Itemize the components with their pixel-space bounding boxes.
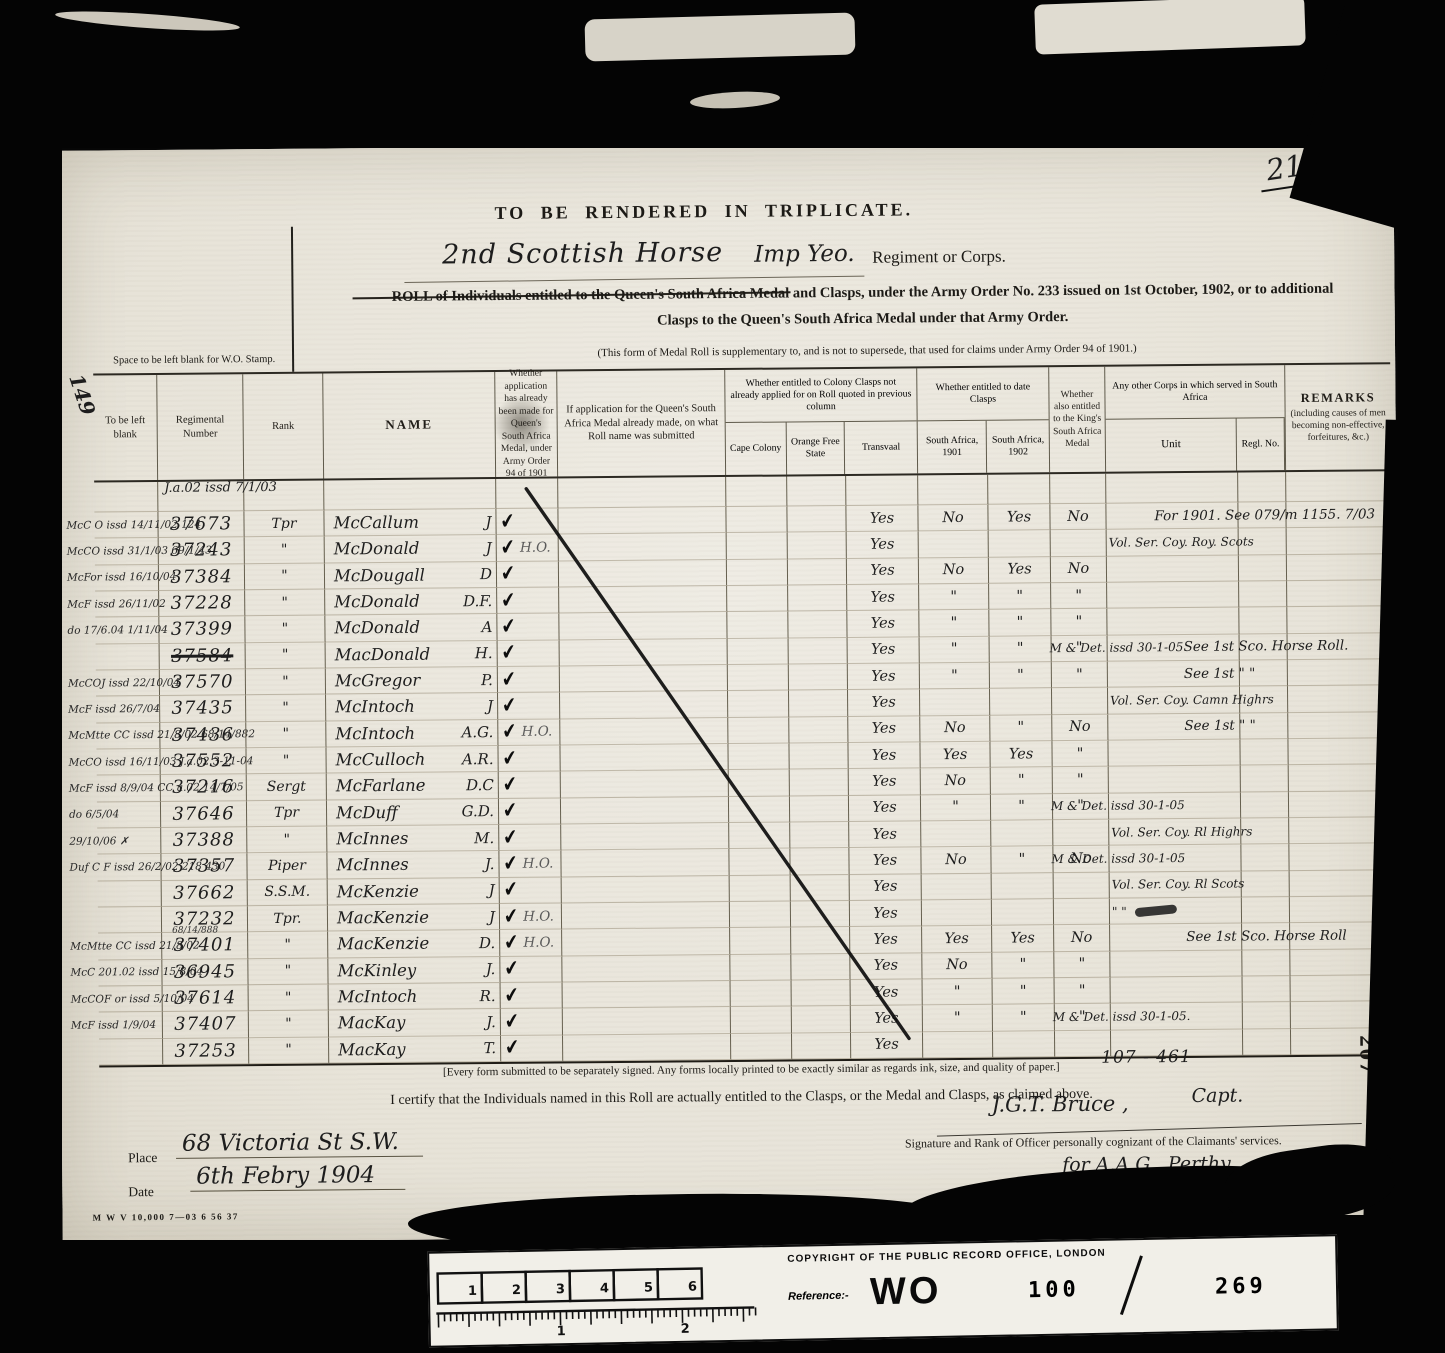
transvaal: Yes	[849, 848, 921, 875]
transvaal: Yes	[846, 505, 918, 532]
unit	[1107, 608, 1239, 635]
ksa-medal: "	[1052, 662, 1108, 689]
regimental-number: 37388	[161, 827, 247, 854]
regimental-number: 37435	[160, 696, 246, 723]
cape-colony	[728, 664, 789, 691]
certification-statement: I certify that the Individuals named in …	[122, 1084, 1362, 1111]
rank: "	[246, 747, 326, 774]
date-label: Date	[128, 1184, 154, 1200]
name: McFarlaneD.C	[327, 772, 499, 800]
header-date-clasps-group: Whether entitled to date Clasps South Af…	[917, 367, 1050, 473]
margin-note	[94, 482, 158, 513]
orange-free-state	[792, 1006, 851, 1033]
rank: Tpr	[247, 800, 327, 827]
roll-submitted	[559, 612, 727, 640]
transvaal: Yes	[847, 532, 919, 559]
application-tick: ✔H.O.	[497, 535, 559, 562]
south-africa-1901: "	[921, 794, 991, 821]
regimental-number: 37584	[160, 643, 246, 670]
south-africa-1901: "	[920, 663, 990, 690]
south-africa-1901	[921, 821, 991, 848]
ruler-graphic: 12 34 56 12	[429, 1251, 761, 1341]
name: McDuffG.D.	[327, 799, 499, 827]
orange-free-state	[791, 901, 850, 928]
cape-colony	[730, 901, 791, 928]
south-africa-1901: "	[920, 636, 990, 663]
header-regimental-number: Regimental Number	[157, 374, 244, 480]
copyright-line: COPYRIGHT OF THE PUBLIC RECORD OFFICE, L…	[787, 1248, 1105, 1265]
ksa-medal: "	[1051, 583, 1107, 610]
reference-slash	[1120, 1255, 1143, 1315]
cape-colony	[730, 928, 791, 955]
application-tick: ✔	[498, 666, 560, 693]
transvaal: Yes	[851, 1032, 923, 1059]
ksa-medal	[1054, 872, 1110, 899]
regl-no	[1239, 555, 1287, 582]
margin-note: McCO issd 16/11/03 J.a.02 3-11-04	[96, 749, 160, 776]
south-africa-1901: No	[921, 768, 991, 795]
transvaal: Yes	[848, 637, 920, 664]
cape-colony	[729, 796, 790, 823]
margin-note: do 6/5/04	[97, 802, 161, 829]
regimental-number: 37357	[161, 853, 247, 880]
name: McInnesJ.	[327, 851, 499, 879]
name: MacKayJ.	[329, 1009, 501, 1037]
south-africa-1901	[920, 689, 990, 716]
header-transvaal: Transvaal	[845, 421, 917, 474]
remarks	[1286, 471, 1391, 502]
reference-piece: 269	[1215, 1274, 1267, 1300]
roll-submitted	[559, 533, 727, 561]
orange-free-state	[788, 559, 847, 586]
south-africa-1902	[992, 873, 1054, 900]
regl-no	[1242, 897, 1290, 924]
pro-reference-stamp: 12 34 56 12 COPYRIGHT OF THE PUBLIC RECO…	[427, 1234, 1339, 1347]
orange-free-state	[792, 980, 851, 1007]
name: McIntochA.G.	[326, 720, 498, 748]
printer-code: M W V 10,000 7—03 6 56 37	[93, 1211, 239, 1222]
scan-streak	[1034, 0, 1306, 55]
margin-note: do 17/6.04 1/11/04	[95, 617, 159, 644]
transvaal: Yes	[850, 953, 922, 980]
south-africa-1902: "	[990, 662, 1052, 689]
margin-note: McFor issd 16/10/04	[95, 565, 159, 592]
name: McKinleyJ.	[328, 957, 500, 985]
regimental-number: 37228	[159, 590, 245, 617]
regimental-number: 37399	[159, 617, 245, 644]
application-tick: ✔	[498, 693, 560, 720]
regiment-name-handwritten: 2nd Scottish Horse	[442, 237, 723, 270]
regimental-number: 37662	[162, 880, 248, 907]
svg-text:2: 2	[681, 1322, 690, 1337]
regl-no	[1241, 818, 1289, 845]
application-tick: ✔H.O.	[498, 719, 560, 746]
remarks	[1287, 607, 1392, 634]
svg-text:3: 3	[556, 1282, 565, 1297]
margin-note: McC 201.02 issd 15/8/04	[98, 960, 162, 987]
rank: Piper	[247, 853, 327, 880]
ksa-medal	[1050, 474, 1106, 504]
roll-submitted	[562, 928, 730, 956]
cape-colony	[730, 875, 791, 902]
regimental-number: 37216	[161, 774, 247, 801]
orange-free-state	[789, 717, 848, 744]
scan-streak	[584, 12, 855, 61]
remarks: See 1st " "	[1288, 659, 1393, 686]
header-colony-clasps-group: Whether entitled to Colony Clasps not al…	[725, 368, 918, 475]
officer-rank-handwritten: Capt.	[1191, 1085, 1243, 1107]
cape-colony	[728, 691, 789, 718]
reference-label: Reference:-	[788, 1290, 849, 1303]
regimental-number: 37552	[160, 748, 246, 775]
regimental-number: 37384	[159, 564, 245, 591]
south-africa-1901: Yes	[922, 926, 992, 953]
scan-border-left	[0, 0, 62, 1353]
rank: "	[248, 932, 328, 959]
rank: "	[246, 668, 326, 695]
roll-submitted	[562, 902, 730, 930]
roll-submitted	[563, 1034, 731, 1062]
supplementary-note: (This form of Medal Roll is supplementar…	[517, 342, 1217, 360]
name: MacKayT.	[329, 1036, 501, 1064]
south-africa-1902: "	[991, 767, 1053, 794]
transvaal: Yes	[848, 742, 920, 769]
cape-colony	[731, 1033, 792, 1060]
prefix-annotation: J.a.02 issd 7/1/03	[164, 480, 277, 496]
svg-text:4: 4	[600, 1281, 609, 1296]
stamp-text-block: COPYRIGHT OF THE PUBLIC RECORD OFFICE, L…	[759, 1236, 1337, 1339]
regl-no	[1239, 581, 1287, 608]
cape-colony	[726, 506, 787, 533]
name: McIntochR.	[329, 983, 501, 1011]
transvaal: Yes	[850, 900, 922, 927]
application-tick: ✔	[497, 561, 559, 588]
medal-roll-table: To be left blank Regimental Number Rank …	[93, 362, 1396, 1067]
orange-free-state	[791, 875, 850, 902]
south-africa-1901	[922, 873, 992, 900]
header-roll-submitted: If application for the Queen's South Afr…	[557, 370, 726, 476]
margin-note: McMtte CC issd 21/8/02 68/14/882	[96, 723, 160, 750]
regimental-number: 37436	[160, 722, 246, 749]
unit: M & Det. issd 30-1-05	[1109, 845, 1241, 872]
transvaal: Yes	[848, 690, 920, 717]
unit	[1107, 582, 1239, 609]
unit: " "	[1110, 897, 1242, 924]
ksa-medal	[1052, 688, 1108, 715]
roll-submitted	[559, 586, 727, 614]
margin-note: McCOJ issd 22/10/04	[96, 670, 160, 697]
application-tick: ✔	[501, 1009, 563, 1036]
south-africa-1902: "	[990, 715, 1052, 742]
cape-colony	[728, 717, 789, 744]
roll-submitted	[559, 560, 727, 588]
rank: "	[246, 721, 326, 748]
header-unit: Unit	[1106, 419, 1238, 472]
orange-free-state	[788, 532, 847, 559]
margin-note: McF issd 8/9/04 CC a.02 14/7/05	[97, 775, 161, 802]
regiment-underline	[404, 276, 864, 283]
application-tick: ✔	[501, 1035, 563, 1062]
header-south-africa-1902: South Africa, 1902	[987, 420, 1049, 473]
regl-no	[1238, 472, 1286, 502]
cape-colony	[729, 822, 790, 849]
date-value: 6th Febry 1904	[190, 1162, 405, 1192]
ksa-medal: "	[1051, 609, 1107, 636]
orange-free-state	[791, 927, 850, 954]
name: McGregorP.	[326, 667, 498, 695]
orange-free-state	[788, 585, 847, 612]
cape-colony	[727, 559, 788, 586]
unit: Vol. Ser. Coy. Camn Highrs	[1108, 687, 1240, 714]
name	[324, 479, 496, 510]
roll-title-line2: Clasps to the Queen's South Africa Medal…	[303, 306, 1423, 333]
roll-submitted	[562, 876, 730, 904]
regimental-number: 37570	[160, 669, 246, 696]
ksa-medal: No	[1051, 556, 1107, 583]
header-remarks: REMARKS (including causes of men becomin…	[1285, 364, 1391, 470]
unit: M & Det. issd 30-1-05	[1109, 792, 1241, 819]
application-tick: ✔	[499, 798, 561, 825]
margin-note: McF issd 1/9/04	[99, 1012, 163, 1039]
south-africa-1901: "	[919, 584, 989, 611]
orange-free-state	[787, 506, 846, 533]
rank: "	[247, 826, 327, 853]
header-ksa-medal: Whether also entitled to the King's Sout…	[1049, 367, 1106, 472]
header-blank: To be left blank	[93, 375, 158, 481]
header-south-africa-1901: South Africa, 1901	[918, 421, 988, 474]
south-africa-1901: No	[920, 715, 990, 742]
cape-colony	[729, 770, 790, 797]
name: McDougallD	[325, 562, 497, 590]
name: MacKenzieD.	[328, 930, 500, 958]
south-africa-1901	[922, 900, 992, 927]
margin-note: McF issd 26/7/04	[96, 696, 160, 723]
regl-no	[1239, 528, 1287, 555]
table-header-row: To be left blank Regimental Number Rank …	[93, 362, 1391, 482]
roll-submitted	[561, 797, 729, 825]
rank: "	[249, 1011, 329, 1038]
orange-free-state	[790, 796, 849, 823]
svg-text:1: 1	[468, 1284, 477, 1299]
svg-text:1: 1	[557, 1324, 566, 1339]
south-africa-1901: "	[923, 979, 993, 1006]
cape-colony	[728, 743, 789, 770]
regl-no	[1240, 686, 1288, 713]
header-orange-free-state: Orange Free State	[786, 422, 845, 475]
transvaal: Yes	[847, 558, 919, 585]
south-africa-1902: "	[989, 583, 1051, 610]
transvaal: Yes	[847, 584, 919, 611]
south-africa-1901: "	[923, 1005, 993, 1032]
paper-sheet: 21 149 TO BE RENDERED IN TRIPLICATE. 2nd…	[53, 139, 1402, 1243]
south-africa-1902: Yes	[988, 504, 1050, 531]
unit	[1111, 976, 1243, 1003]
roll-submitted	[563, 981, 731, 1009]
reference-series: 100	[1028, 1277, 1080, 1303]
transvaal: Yes	[849, 795, 921, 822]
south-africa-1902: "	[989, 609, 1051, 636]
orange-free-state	[789, 664, 848, 691]
margin-note: Duf C F issd 26/2/02 218 430	[97, 854, 161, 881]
officer-signature: J.G.T. Bruce ,	[992, 1092, 1129, 1117]
regl-no	[1239, 607, 1287, 634]
name: McDonaldD.F.	[325, 588, 497, 616]
remarks	[1287, 580, 1392, 607]
rank: Tpr.	[248, 905, 328, 932]
regl-no	[1242, 871, 1290, 898]
orange-free-state	[789, 690, 848, 717]
regimental-number: 37646	[161, 801, 247, 828]
remarks-title: REMARKS	[1301, 389, 1376, 406]
cape-colony	[727, 612, 788, 639]
orange-free-state	[790, 769, 849, 796]
transvaal: Yes	[848, 663, 920, 690]
south-africa-1902	[989, 531, 1051, 558]
header-name: NAME	[323, 372, 496, 478]
margin-note: McC O issd 14/11/02 124	[94, 512, 158, 539]
name: McDonaldJ	[325, 535, 497, 563]
header-regl-no: Regl. No.	[1237, 418, 1285, 470]
regl-no	[1241, 792, 1289, 819]
south-africa-1902: "	[993, 978, 1055, 1005]
wo-stamp-box-line	[291, 227, 294, 372]
svg-text:2: 2	[512, 1283, 521, 1298]
cape-colony	[729, 849, 790, 876]
rank: "	[248, 958, 328, 985]
transvaal: Yes	[851, 979, 923, 1006]
south-africa-1901	[923, 1031, 993, 1058]
transvaal: Yes	[850, 927, 922, 954]
unit	[1110, 950, 1242, 977]
unit: M & Det. issd 30-1-05.	[1111, 1003, 1243, 1030]
ksa-medal: "	[1052, 741, 1108, 768]
regl-no	[1243, 976, 1291, 1003]
south-africa-1902	[992, 899, 1054, 926]
header-application: Whether application has already been mad…	[495, 371, 558, 477]
south-africa-1902: "	[991, 846, 1053, 873]
south-africa-1902	[988, 474, 1050, 505]
header-colony-clasps: Whether entitled to Colony Clasps not al…	[725, 368, 916, 423]
rank: "	[249, 1037, 329, 1064]
name: McInnesM.	[327, 825, 499, 853]
application-tick: ✔	[501, 982, 563, 1009]
roll-submitted	[560, 744, 728, 772]
svg-text:5: 5	[644, 1280, 653, 1295]
remarks: For 1901. See 079/m 1155. 7/03	[1286, 501, 1391, 528]
rank: Sergt	[247, 774, 327, 801]
south-africa-1901: "	[919, 610, 989, 637]
margin-note	[96, 644, 160, 671]
transvaal: Yes	[847, 611, 919, 638]
ksa-medal: No	[1054, 925, 1110, 952]
place-value: 68 Victoria St S.W.	[176, 1129, 423, 1159]
signature-caption: Signature and Rank of Officer personally…	[905, 1133, 1282, 1151]
rank: "	[245, 589, 325, 616]
roll-submitted	[560, 691, 728, 719]
remarks-subtitle: (including causes of men becoming non-ef…	[1289, 409, 1388, 445]
scanned-medal-roll-page: 21 149 TO BE RENDERED IN TRIPLICATE. 2nd…	[0, 0, 1445, 1353]
ksa-medal	[1054, 899, 1110, 926]
roll-submitted	[562, 955, 730, 983]
cape-colony	[727, 533, 788, 560]
regiment-suffix-handwritten: Imp Yeo.	[754, 241, 855, 268]
reference-department: WO	[870, 1270, 942, 1314]
regimental-number: 68/14/88837401	[162, 932, 248, 959]
application-tick: ✔	[497, 587, 559, 614]
unit: Vol. Ser. Coy. Rl Scots	[1110, 871, 1242, 898]
orange-free-state	[791, 954, 850, 981]
south-africa-1901	[919, 531, 989, 558]
south-africa-1902: "	[993, 1004, 1055, 1031]
remarks: See 1st Sco. Horse Roll.	[1288, 633, 1393, 660]
header-cape-colony: Cape Colony	[726, 422, 787, 475]
south-africa-1902: "	[990, 636, 1052, 663]
application-tick	[496, 478, 558, 509]
wo-stamp-space-note: Space to be left blank for W.O. Stamp.	[113, 354, 275, 366]
rank: S.S.M.	[248, 879, 328, 906]
application-tick: ✔	[496, 508, 558, 535]
regimental-number: 37614	[163, 985, 249, 1012]
roll-submitted	[561, 823, 729, 851]
remarks	[1287, 554, 1392, 581]
orange-free-state	[790, 848, 849, 875]
application-tick: ✔H.O.	[500, 903, 562, 930]
transvaal: Yes	[850, 874, 922, 901]
cape-colony	[726, 476, 787, 507]
south-africa-1902	[990, 688, 1052, 715]
name: McDonaldA	[325, 614, 497, 642]
orange-free-state	[792, 1033, 851, 1060]
orange-free-state	[788, 611, 847, 638]
application-tick: ✔	[500, 956, 562, 983]
margin-note: McCOF or issd 5/10/04	[99, 986, 163, 1013]
name: McKenzieJ	[328, 878, 500, 906]
regiment-label: Regiment or Corps.	[872, 247, 1006, 268]
regl-no	[1243, 1029, 1291, 1056]
transvaal: Yes	[848, 716, 920, 743]
unit	[1107, 555, 1239, 582]
application-tick: ✔	[498, 745, 560, 772]
regl-no	[1242, 950, 1290, 977]
ksa-medal	[1053, 820, 1109, 847]
ksa-medal: "	[1053, 767, 1109, 794]
rank: "	[245, 563, 325, 590]
orange-free-state	[787, 476, 846, 507]
transvaal	[846, 475, 918, 506]
application-tick: ✔	[498, 640, 560, 667]
name: McCullochA.R.	[326, 746, 498, 774]
ksa-medal: "	[1055, 978, 1111, 1005]
roll-submitted	[560, 718, 728, 746]
south-africa-1902: "	[992, 952, 1054, 979]
unit	[1109, 766, 1241, 793]
unit: Vol. Ser. Coy. Rl Highrs	[1109, 818, 1241, 845]
name: MacKenzieJ	[328, 904, 500, 932]
triplicate-title: TO BE RENDERED IN TRIPLICATE.	[394, 198, 1014, 224]
south-africa-1902: Yes	[992, 925, 1054, 952]
svg-text:6: 6	[688, 1280, 697, 1295]
rank: Tpr	[244, 511, 324, 538]
rank: "	[246, 695, 326, 722]
name: McIntochJ	[326, 693, 498, 721]
orange-free-state	[789, 638, 848, 665]
header-rank: Rank	[243, 374, 324, 480]
application-tick: ✔	[497, 614, 559, 641]
orange-free-state	[789, 743, 848, 770]
south-africa-1901: No	[919, 557, 989, 584]
cape-colony	[730, 954, 791, 981]
regimental-number: 37673	[158, 511, 244, 538]
